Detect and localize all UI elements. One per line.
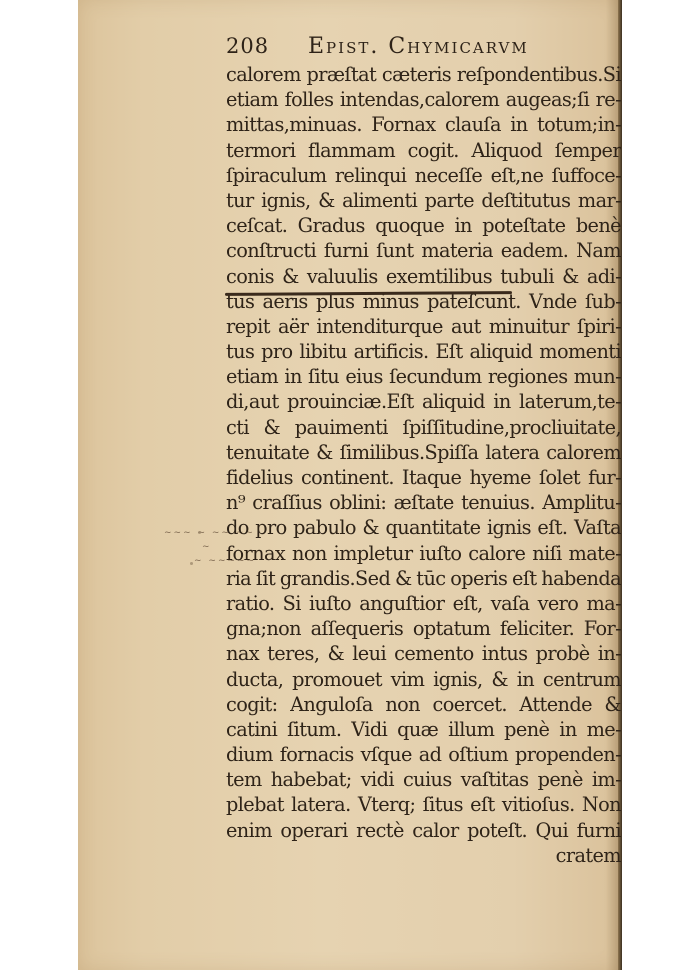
text-block: 208 Epist. Chymicarvm calorem præſtat cæ…: [226, 30, 621, 868]
text-line: tenuitate & ſimilibus.Spiſſa latera calo…: [226, 440, 621, 465]
text-line: tus pro libitu artificis. Eſt aliquid mo…: [226, 339, 621, 364]
catchword: cratem: [226, 843, 621, 868]
text-line: enim operari rectè calor poteſt. Qui fur…: [226, 818, 621, 843]
text-line: gna;non aſſequeris optatum feliciter. Fo…: [226, 616, 621, 641]
text-line: cti & pauimenti ſpiſſitudine,procliuitat…: [226, 415, 621, 440]
text-line: fidelius continent. Itaque hyeme ſolet f…: [226, 465, 621, 490]
text-line: catini ſitum. Vidi quæ illum penè in me-: [226, 717, 621, 742]
text-line: do pro pabulo & quantitate ignis eſt. Va…: [226, 515, 621, 540]
running-head: 208 Epist. Chymicarvm: [226, 30, 621, 62]
body-text: calorem præſtat cæteris reſpondentibus.S…: [226, 62, 621, 868]
text-line: etiam folles intendas,calorem augeas;ſi …: [226, 87, 621, 112]
text-line: conſtructi furni ſunt materia eadem. Nam: [226, 238, 621, 263]
text-line: tur ignis, & alimenti parte deſtitutus m…: [226, 188, 621, 213]
text-line: nax teres, & leui cemento intus probè in…: [226, 641, 621, 666]
text-line: repit aër intenditurque aut minuitur ſpi…: [226, 314, 621, 339]
text-line: calorem præſtat cæteris reſpondentibus.S…: [226, 62, 621, 87]
text-line: plebat latera. Vterq; ſitus eſt vitioſus…: [226, 792, 621, 817]
text-line: n⁹ craſſius oblini: æſtate tenuius. Ampl…: [226, 490, 621, 515]
text-line: fornax non impletur iuſto calore niſi ma…: [226, 541, 621, 566]
ink-stain: [190, 562, 193, 565]
text-line: di,aut prouinciæ.Eſt aliquid in laterum,…: [226, 389, 621, 414]
text-line: etiam in ſitu eius ſecundum regiones mun…: [226, 364, 621, 389]
text-line: tem habebat; vidi cuius vaſtitas penè im…: [226, 767, 621, 792]
text-line-underlined: conis & valuulis exemtilibus tubuli & ad…: [226, 264, 621, 289]
ink-stain: [198, 531, 201, 534]
page-number: 208: [226, 34, 269, 58]
text-line: termori flammam cogit. Aliquod ſemper: [226, 138, 621, 163]
text-line: ceſcat. Gradus quoque in poteſtate benè: [226, 213, 621, 238]
text-line: ratio. Si iuſto anguſtior eſt, vaſa vero…: [226, 591, 621, 616]
text-line: ria ſit grandis.Sed & tūc operis eſt hab…: [226, 566, 621, 591]
running-title: Epist. Chymicarvm: [308, 34, 529, 59]
margin-note-line: ~: [202, 542, 212, 552]
text-line: cogit: Anguloſa non coercet. Attende &: [226, 692, 621, 717]
book-page: ~~~ ~ ~~ ~~ ~ ~ ~~~~~ 208 Epist. Chymica…: [78, 0, 622, 970]
text-line: ducta, promouet vim ignis, & in centrum: [226, 667, 621, 692]
text-line: mittas,minuas. Fornax clauſa in totum;in…: [226, 112, 621, 137]
text-line: dium fornacis vſque ad oſtium propenden-: [226, 742, 621, 767]
text-line: ſpiraculum relinqui neceſſe eſt,ne ſuffo…: [226, 163, 621, 188]
